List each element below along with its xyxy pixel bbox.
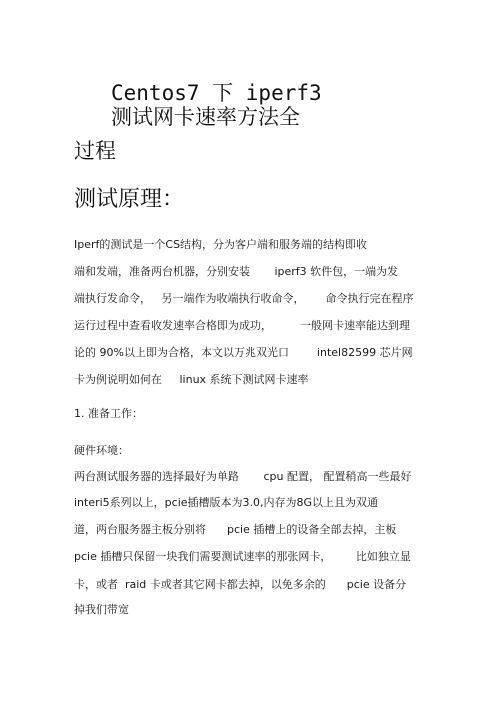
document-page: Centos7 下 iperf3 测试网卡速率方法全 过程 测试原理： Iper… [0, 0, 500, 708]
paragraph-line: 论的 90%以上即为合格，本文以万兆双光口 intel82599 芯片网 [74, 344, 413, 360]
section-heading: 测试原理： [74, 182, 184, 213]
paragraph-line: pcie 插槽只保留一块我们需要测试速率的那张网卡， 比如独立显 [74, 548, 411, 564]
step-heading: 1. 准备工作： [74, 405, 143, 421]
paragraph-line: 两台测试服务器的选择最好为单路 cpu 配置， 配置稍高一些最好 [74, 468, 411, 484]
paragraph-line: 端和发端，准备两台机器，分别安装 iperf3 软件包，一端为发 [74, 263, 398, 279]
hardware-heading: 硬件环境： [74, 442, 129, 458]
title-line-1: Centos7 下 iperf3 [111, 80, 322, 106]
paragraph-line: interi5系列以上，pcie插槽版本为3.0,内存为8G以上且为双通 [74, 494, 378, 510]
paragraph-line: 运行过程中查看收发速率合格即为成功， 一般网卡速率能达到理 [74, 317, 410, 333]
paragraph-line: 掉我们带宽 [74, 601, 129, 617]
paragraph-line: 端执行发命令， 另一端作为收端执行收命令， 命令执行完在程序 [74, 290, 413, 306]
paragraph-line: 道，两台服务器主板分别将 pcie 插槽上的设备全部去掉，主板 [74, 521, 396, 537]
paragraph-line: 卡，或者 raid 卡或者其它网卡都去掉，以免多余的 pcie 设备分 [74, 576, 406, 592]
title-line-3: 过程 [74, 138, 116, 164]
paragraph-line: 卡为例说明如何在 linux 系统下测试网卡速率 [74, 371, 309, 387]
paragraph-line: Iperf的测试是一个CS结构，分为客户端和服务端的结构即收 [74, 236, 367, 252]
title-line-2: 测试网卡速率方法全 [111, 104, 300, 130]
